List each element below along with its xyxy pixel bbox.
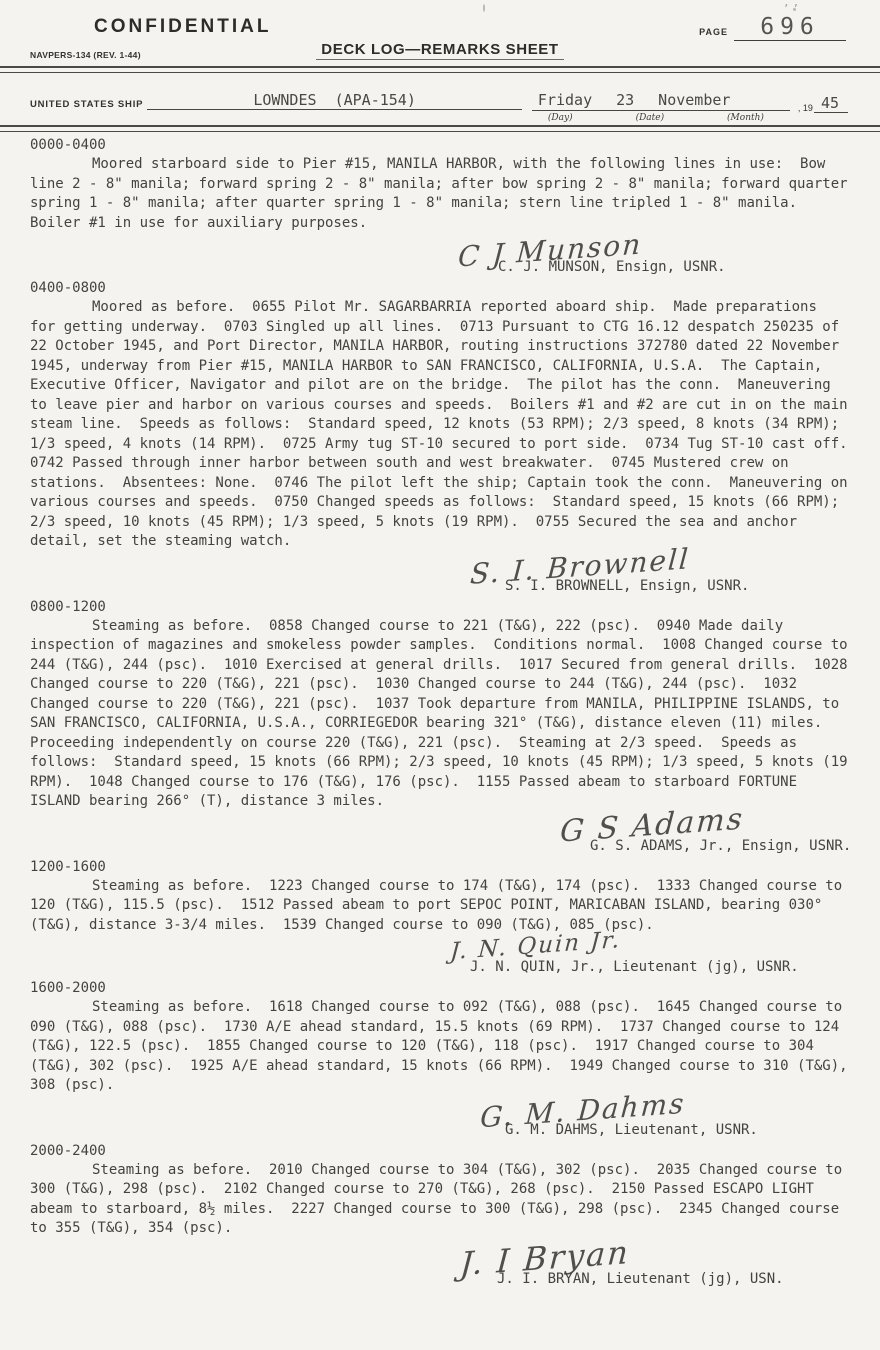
watch-section-0000-0400: 0000-0400 Moored starboard side to Pier … [30, 135, 850, 275]
log-entry-text: Steaming as before. 1618 Changed course … [30, 998, 850, 1096]
signature-typed-name: J. I. BRYAN, Lieutenant (jg), USN. [497, 1271, 784, 1287]
ship-name-line: LOWNDES (APA-154) [147, 90, 522, 110]
horizontal-rule [0, 66, 880, 73]
signature-typed-name: C. J. MUNSON, Ensign, USNR. [498, 259, 726, 275]
signature-block: G S Adams G. S. ADAMS, Jr., Ensign, USNR… [30, 812, 850, 854]
pencil-mark: ’’ [783, 2, 802, 15]
date-month: November [658, 91, 730, 109]
page-number-block: ’’ PAGE 696 [699, 14, 846, 41]
log-entry-text: Steaming as before. 0858 Changed course … [30, 617, 850, 812]
signature-block: S. I. Brownell S. I. BROWNELL, Ensign, U… [30, 552, 850, 594]
header: CONFIDENTIAL ’’ PAGE 696 [30, 14, 850, 41]
watch-period-heading: 0000-0400 [30, 135, 850, 155]
date-field-labels: (Day) (Date) (Month) [532, 111, 790, 123]
date-values: Friday 23 November [532, 91, 790, 111]
date-block: Friday 23 November (Day) (Date) (Month) [532, 91, 790, 123]
signature-block: G. M. Dahms G. M. DAHMS, Lieutenant, USN… [30, 1096, 850, 1138]
watch-section-0800-1200: 0800-1200 Steaming as before. 0858 Chang… [30, 597, 850, 854]
watch-period-heading: 2000-2400 [30, 1141, 850, 1161]
form-number: NAVPERS-134 (REV. 1-44) [30, 50, 316, 60]
deck-log-remarks-sheet: CONFIDENTIAL ’’ PAGE 696 NAVPERS-134 (RE… [0, 0, 880, 1350]
watch-section-1200-1600: 1200-1600 Steaming as before. 1223 Chang… [30, 857, 850, 976]
classification-stamp: CONFIDENTIAL [94, 14, 271, 38]
watch-section-0400-0800: 0400-0800 Moored as before. 0655 Pilot M… [30, 278, 850, 594]
horizontal-rule [0, 125, 880, 132]
signature-block: J. I Bryan J. I. BRYAN, Lieutenant (jg),… [30, 1239, 850, 1287]
document-title: DECK LOG—REMARKS SHEET [316, 41, 563, 60]
page-label: PAGE [699, 27, 728, 41]
signature-typed-name: G. S. ADAMS, Jr., Ensign, USNR. [590, 838, 851, 854]
signature-typed-name: S. I. BROWNELL, Ensign, USNR. [505, 578, 749, 594]
watch-section-1600-2000: 1600-2000 Steaming as before. 1618 Chang… [30, 978, 850, 1138]
log-entry-text: Moored as before. 0655 Pilot Mr. SAGARBA… [30, 298, 850, 552]
date-label: (Date) [636, 113, 665, 123]
ship-name: LOWNDES (APA-154) [253, 91, 416, 109]
date-number: 23 [616, 91, 634, 109]
watch-period-heading: 0800-1200 [30, 597, 850, 617]
signature-typed-name: G. M. DAHMS, Lieutenant, USNR. [505, 1122, 758, 1138]
year-block: , 19 45 [798, 94, 848, 113]
signature-typed-name: J. N. QUIN, Jr., Lieutenant (jg), USNR. [470, 959, 799, 975]
year-value: 45 [814, 94, 848, 113]
watch-period-heading: 1600-2000 [30, 978, 850, 998]
year-prefix: , 19 [798, 103, 813, 113]
scan-artifact [483, 4, 485, 12]
watch-period-heading: 1200-1600 [30, 857, 850, 877]
watch-section-2000-2400: 2000-2400 Steaming as before. 2010 Chang… [30, 1141, 850, 1287]
log-entry-text: Moored starboard side to Pier #15, MANIL… [30, 155, 850, 233]
watch-period-heading: 0400-0800 [30, 278, 850, 298]
signature-block: J. N. Quin Jr. J. N. QUIN, Jr., Lieutena… [30, 935, 850, 975]
day-label: (Day) [548, 113, 573, 123]
signature-block: C J Munson C. J. MUNSON, Ensign, USNR. [30, 233, 850, 275]
date-day: Friday [538, 91, 592, 109]
ship-date-row: UNITED STATES SHIP LOWNDES (APA-154) Fri… [30, 90, 850, 123]
page-number: 696 [760, 14, 820, 40]
month-label: (Month) [727, 113, 764, 123]
form-title-row: NAVPERS-134 (REV. 1-44) DECK LOG—REMARKS… [30, 41, 850, 60]
ship-label: UNITED STATES SHIP [30, 99, 143, 110]
log-entry-text: Steaming as before. 2010 Changed course … [30, 1161, 850, 1239]
log-entry-text: Steaming as before. 1223 Changed course … [30, 877, 850, 936]
page-number-line: 696 [734, 14, 846, 41]
